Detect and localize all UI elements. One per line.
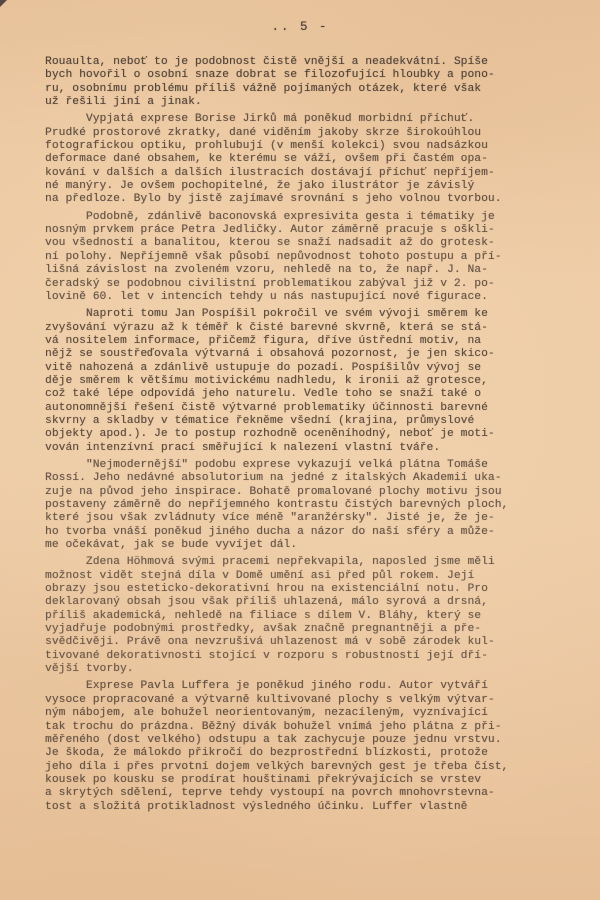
scan-corner-artifact xyxy=(0,0,7,7)
paragraph-rouault-continuation: Rouaulta, neboť to je podobnost čistě vn… xyxy=(45,56,567,109)
paragraph-boris-jirku: Vypjatá exprese Borise Jirků má poněkud … xyxy=(45,113,567,206)
paragraph-jan-pospisil: Naproti tomu Jan Pospíšil pokročil ve sv… xyxy=(45,308,567,455)
paragraph-tomas-rossi: "Nejmodernější" podobu exprese vykazují … xyxy=(45,459,567,552)
paragraph-petr-jedlicka: Podobně, zdánlivě baconovská expresivita… xyxy=(45,211,567,304)
document-body-text: Rouaulta, neboť to je podobnost čistě vn… xyxy=(45,56,567,818)
scanned-typewritten-page: .. 5 - Rouaulta, neboť to je podobnost č… xyxy=(0,0,600,900)
paragraph-pavel-luffer: Exprese Pavla Luffera je poněkud jiného … xyxy=(45,680,567,813)
paragraph-zdena-hohmova: Zdena Höhmová svými pracemi nepřekvapila… xyxy=(45,556,567,676)
page-number: .. 5 - xyxy=(0,20,600,34)
